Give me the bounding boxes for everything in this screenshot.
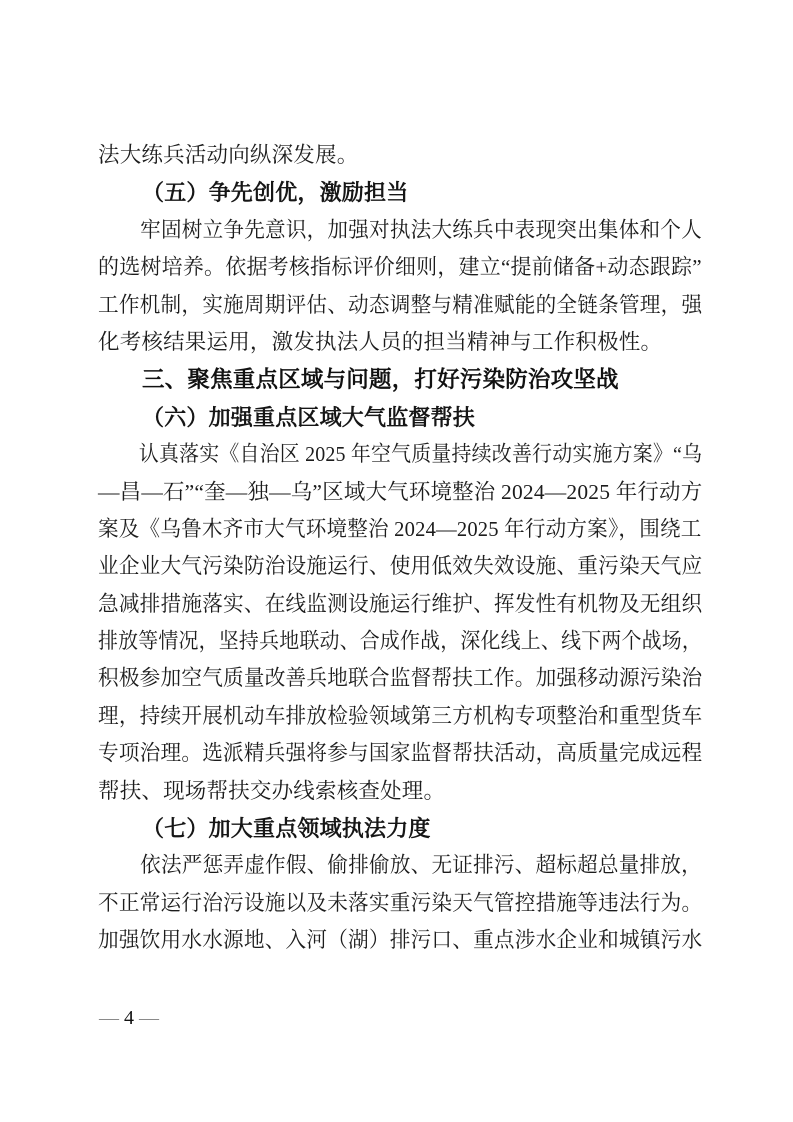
paragraph-line: 的选树培养。依据考核指标评价细则，建立“提前储备+动态跟踪” <box>98 249 688 286</box>
paragraph-line: 认真落实《自治区 2025 年空气质量持续改善行动实施方案》“乌 <box>98 436 658 473</box>
document-body: 法大练兵活动向纵深发展。 （五）争先创优，激励担当 牢固树立争先意识，加强对执法… <box>98 137 702 960</box>
footer-dash-right: — <box>139 1005 159 1031</box>
paragraph-line: 业企业大气污染防治设施运行、使用低效失效设施、重污染天气应 <box>98 548 678 585</box>
paragraph-line: 急减排措施落实、在线监测设施运行维护、挥发性有机物及无组织 <box>98 586 678 623</box>
section-heading: 三、聚焦重点区域与问题，打好污染防治攻坚战 <box>98 361 702 398</box>
document-page: 法大练兵活动向纵深发展。 （五）争先创优，激励担当 牢固树立争先意识，加强对执法… <box>0 0 793 1122</box>
paragraph-line: 理，持续开展机动车排放检验领域第三方机构专项整治和重型货车 <box>98 698 678 735</box>
paragraph-line: 不正常运行治污设施以及未落实重污染天气管控措施等违法行为。 <box>98 885 678 922</box>
paragraph-line: 加强饮用水水源地、入河（湖）排污口、重点涉水企业和城镇污水 <box>98 922 678 959</box>
paragraph-line: —昌—石”“奎—独—乌”区域大气环境整治 2024—2025 年行动方 <box>98 474 701 511</box>
page-number: 4 <box>124 1005 134 1031</box>
paragraph-line: 依法严惩弄虚作假、偷排偷放、无证排污、超标超总量排放， <box>98 847 677 884</box>
paragraph-line: 帮扶、现场帮扶交办线索核查处理。 <box>98 773 702 810</box>
page-footer: — 4 — <box>99 1005 159 1031</box>
paragraph-line: 专项治理。选派精兵强将参与国家监督帮扶活动，高质量完成远程 <box>98 735 678 772</box>
paragraph-line: 案及《乌鲁木齐市大气环境整治 2024—2025 年行动方案》，围绕工 <box>98 511 676 548</box>
subsection-heading: （五）争先创优，激励担当 <box>98 174 702 211</box>
paragraph-line: 积极参加空气质量改善兵地联合监督帮扶工作。加强移动源污染治 <box>98 660 678 697</box>
paragraph-line: 工作机制，实施周期评估、动态调整与精准赋能的全链条管理，强 <box>98 287 678 324</box>
footer-dash-left: — <box>99 1005 119 1031</box>
subsection-heading: （六）加强重点区域大气监督帮扶 <box>98 399 702 436</box>
paragraph-line: 法大练兵活动向纵深发展。 <box>98 137 702 174</box>
subsection-heading: （七）加大重点领域执法力度 <box>98 810 702 847</box>
paragraph-line: 排放等情况，坚持兵地联动、合成作战，深化线上、线下两个战场， <box>98 623 658 660</box>
paragraph-line: 牢固树立争先意识，加强对执法大练兵中表现突出集体和个人 <box>98 212 677 249</box>
paragraph-line: 化考核结果运用，激发执法人员的担当精神与工作积极性。 <box>98 324 702 361</box>
